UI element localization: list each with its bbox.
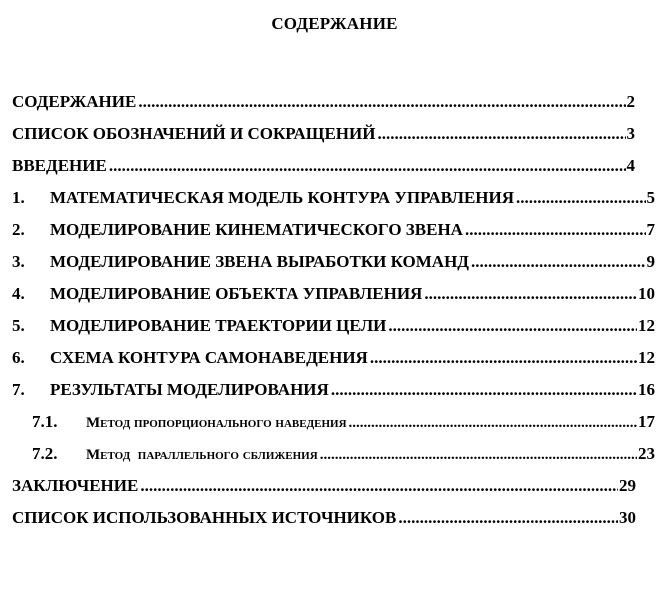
toc-entry-section-7-2[interactable]: 7.2. Метод параллельного сближения 23 (32, 442, 655, 466)
toc-entry-section-5[interactable]: 5. МОДЕЛИРОВАНИЕ ТРАЕКТОРИИ ЦЕЛИ 12 (12, 314, 655, 338)
toc-entry-number: 3. (12, 250, 50, 274)
toc-entry-label: СПИСОК ИСПОЛЬЗОВАННЫХ ИСТОЧНИКОВ (12, 506, 396, 530)
toc-entry-label: МОДЕЛИРОВАНИЕ ЗВЕНА ВЫРАБОТКИ КОМАНД (50, 250, 469, 274)
toc-entry-page: 9 (647, 250, 656, 274)
toc-entry-conclusion[interactable]: ЗАКЛЮЧЕНИЕ 29 (12, 474, 636, 498)
toc-entry-section-7-1[interactable]: 7.1. Метод пропорционального наведения 1… (32, 410, 655, 434)
toc-entry-section-1[interactable]: 1. МАТЕМАТИЧЕСКАЯ МОДЕЛЬ КОНТУРА УПРАВЛЕ… (12, 186, 655, 210)
toc-leader-dots (349, 411, 637, 434)
toc-entry-page: 23 (638, 442, 655, 466)
toc-entry-number: 2. (12, 218, 50, 242)
toc-entry-page: 7 (647, 218, 656, 242)
toc-entry-label: ВВЕДЕНИЕ (12, 154, 107, 178)
toc-leader-dots (331, 378, 637, 402)
page-title: СОДЕРЖАНИЕ (0, 14, 669, 34)
toc-entry-page: 12 (638, 346, 655, 370)
toc-leader-dots (109, 154, 626, 178)
toc-leader-dots (320, 443, 637, 466)
toc-entry-page: 16 (638, 378, 655, 402)
toc-entry-contents[interactable]: СОДЕРЖАНИЕ 2 (12, 90, 635, 114)
toc-entry-number: 7.2. (32, 442, 86, 466)
toc-entry-label: Метод параллельного сближения (86, 443, 318, 466)
toc-entry-label: РЕЗУЛЬТАТЫ МОДЕЛИРОВАНИЯ (50, 378, 329, 402)
toc-entry-number: 4. (12, 282, 50, 306)
toc-leader-dots (140, 474, 618, 498)
toc-entry-page: 4 (627, 154, 636, 178)
toc-entry-page: 2 (627, 90, 636, 114)
toc-entry-page: 10 (638, 282, 655, 306)
toc-leader-dots (138, 90, 625, 114)
toc-entry-number: 7. (12, 378, 50, 402)
toc-entry-section-7[interactable]: 7. РЕЗУЛЬТАТЫ МОДЕЛИРОВАНИЯ 16 (12, 378, 655, 402)
toc-leader-dots (424, 282, 637, 306)
toc-entry-page: 30 (619, 506, 636, 530)
toc-entry-label: ЗАКЛЮЧЕНИЕ (12, 474, 138, 498)
toc-entry-label: МОДЕЛИРОВАНИЕ ОБЪЕКТА УПРАВЛЕНИЯ (50, 282, 422, 306)
toc-entry-label: МАТЕМАТИЧЕСКАЯ МОДЕЛЬ КОНТУРА УПРАВЛЕНИЯ (50, 186, 514, 210)
toc-entry-label: МОДЕЛИРОВАНИЕ КИНЕМАТИЧЕСКОГО ЗВЕНА (50, 218, 463, 242)
toc-leader-dots (471, 250, 646, 274)
toc-entry-page: 5 (647, 186, 656, 210)
toc-leader-dots (377, 122, 625, 146)
toc-leader-dots (388, 314, 637, 338)
toc-entry-number: 7.1. (32, 410, 86, 434)
toc-entry-number: 5. (12, 314, 50, 338)
toc-entry-label: МОДЕЛИРОВАНИЕ ТРАЕКТОРИИ ЦЕЛИ (50, 314, 386, 338)
toc-entry-page: 3 (627, 122, 636, 146)
toc-entry-page: 29 (619, 474, 636, 498)
toc-entry-number: 6. (12, 346, 50, 370)
toc-entry-label: СХЕМА КОНТУРА САМОНАВЕДЕНИЯ (50, 346, 368, 370)
toc-entry-section-6[interactable]: 6. СХЕМА КОНТУРА САМОНАВЕДЕНИЯ 12 (12, 346, 655, 370)
toc-entry-page: 17 (638, 410, 655, 434)
toc-entry-abbreviations[interactable]: СПИСОК ОБОЗНАЧЕНИЙ И СОКРАЩЕНИЙ 3 (12, 122, 635, 146)
toc-entry-page: 12 (638, 314, 655, 338)
toc-entry-references[interactable]: СПИСОК ИСПОЛЬЗОВАННЫХ ИСТОЧНИКОВ 30 (12, 506, 636, 530)
toc-leader-dots (398, 506, 618, 530)
toc-entry-label: Метод пропорционального наведения (86, 411, 347, 434)
toc-entry-number: 1. (12, 186, 50, 210)
toc-leader-dots (516, 186, 645, 210)
toc-entry-label: СОДЕРЖАНИЕ (12, 90, 136, 114)
toc-entry-section-2[interactable]: 2. МОДЕЛИРОВАНИЕ КИНЕМАТИЧЕСКОГО ЗВЕНА 7 (12, 218, 655, 242)
toc-entry-section-3[interactable]: 3. МОДЕЛИРОВАНИЕ ЗВЕНА ВЫРАБОТКИ КОМАНД … (12, 250, 655, 274)
toc-entry-label: СПИСОК ОБОЗНАЧЕНИЙ И СОКРАЩЕНИЙ (12, 122, 375, 146)
toc-leader-dots (465, 218, 646, 242)
toc-leader-dots (370, 346, 637, 370)
toc-entry-introduction[interactable]: ВВЕДЕНИЕ 4 (12, 154, 635, 178)
toc-entry-section-4[interactable]: 4. МОДЕЛИРОВАНИЕ ОБЪЕКТА УПРАВЛЕНИЯ 10 (12, 282, 655, 306)
